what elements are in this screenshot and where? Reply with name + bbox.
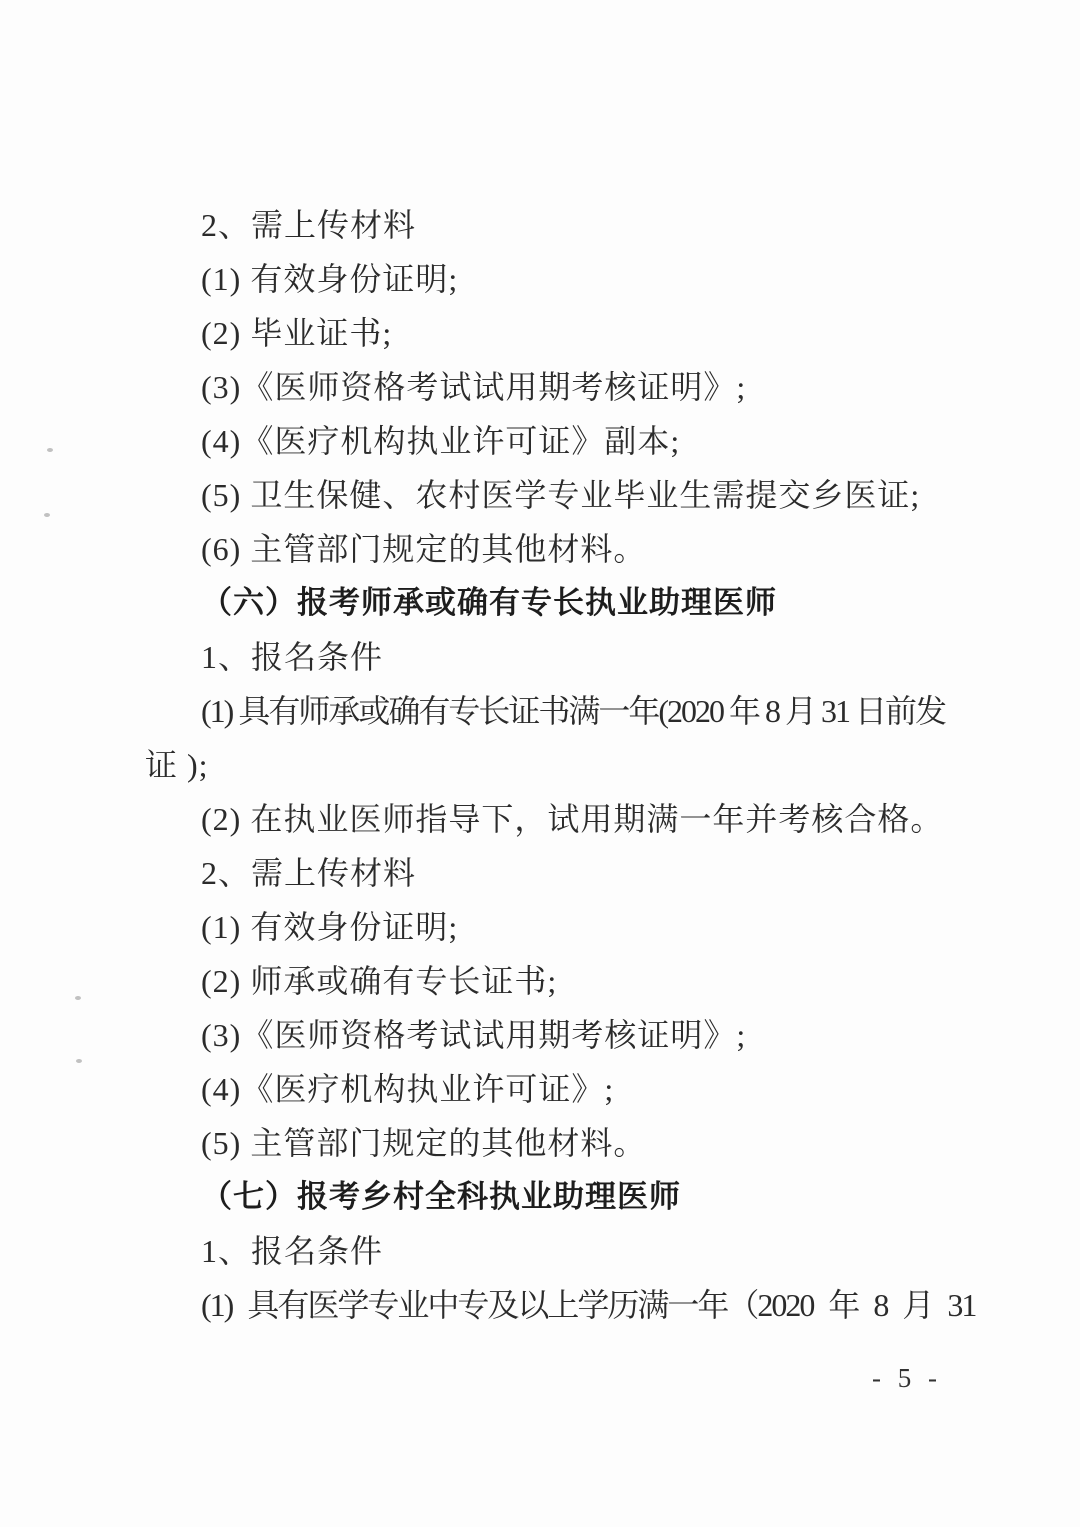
- scan-speck: [75, 996, 81, 1000]
- document-line: (1) 具有医学专业中专及以上学历满一年（2020 年 8 月 31: [145, 1278, 995, 1332]
- document-line: (2) 在执业医师指导下，试用期满一年并考核合格。: [145, 792, 995, 846]
- document-line: (1) 有效身份证明;: [145, 900, 995, 954]
- document-line: (1) 具有师承或确有专长证书满一年(2020 年 8 月 31 日前发: [145, 684, 995, 738]
- document-line: (1) 有效身份证明;: [145, 252, 995, 306]
- section-heading-seven: （七）报考乡村全科执业助理医师: [145, 1170, 995, 1224]
- scan-speck: [76, 1059, 82, 1063]
- document-line: 证 );: [145, 738, 995, 792]
- document-line: 2、需上传材料: [145, 846, 995, 900]
- document-line: (5) 主管部门规定的其他材料。: [145, 1116, 995, 1170]
- scan-speck: [47, 448, 53, 452]
- document-line: (2) 毕业证书;: [145, 306, 995, 360]
- document-line: (4)《医疗机构执业许可证》;: [145, 1062, 995, 1116]
- document-line: (2) 师承或确有专长证书;: [145, 954, 995, 1008]
- page-number: - 5 -: [872, 1358, 942, 1398]
- document-line: (6) 主管部门规定的其他材料。: [145, 522, 995, 576]
- document-line: (3)《医师资格考试试用期考核证明》;: [145, 1008, 995, 1062]
- document-line: (3)《医师资格考试试用期考核证明》;: [145, 360, 995, 414]
- document-body: 2、需上传材料 (1) 有效身份证明; (2) 毕业证书; (3)《医师资格考试…: [145, 198, 995, 1332]
- document-line: (5) 卫生保健、农村医学专业毕业生需提交乡医证;: [145, 468, 995, 522]
- document-line: 1、报名条件: [145, 1224, 995, 1278]
- scan-speck: [44, 513, 50, 517]
- document-line: 1、报名条件: [145, 630, 995, 684]
- document-page: 2、需上传材料 (1) 有效身份证明; (2) 毕业证书; (3)《医师资格考试…: [0, 0, 1080, 1527]
- document-line: (4)《医疗机构执业许可证》副本;: [145, 414, 995, 468]
- section-heading-six: （六）报考师承或确有专长执业助理医师: [145, 576, 995, 630]
- document-line: 2、需上传材料: [145, 198, 995, 252]
